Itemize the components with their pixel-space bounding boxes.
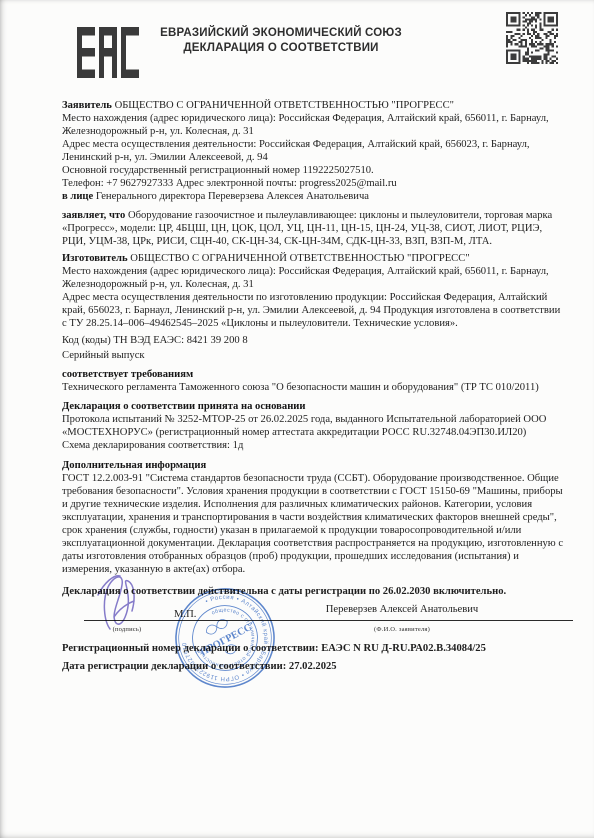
manufacturer-legal-address: Место нахождения (адрес юридического лиц… <box>62 265 565 291</box>
tnved-code-line: Код (коды) ТН ВЭД ЕАЭС: 8421 39 200 8 <box>62 334 565 347</box>
declaration-document-page: ЕВРАЗИЙСКИЙ ЭКОНОМИЧЕСКИЙ СОЮЗ ДЕКЛАРАЦИ… <box>0 0 594 838</box>
applicant-ogrn: Основной государственный регистрационный… <box>62 164 565 177</box>
manufacturer-section: Изготовитель ОБЩЕСТВО С ОГРАНИЧЕННОЙ ОТВ… <box>62 252 565 330</box>
progress-company-stamp: • Россия • Алтайский край г.Барнаул • ОГ… <box>174 587 276 689</box>
registration-number-line: Регистрационный номер декларации о соотв… <box>62 642 565 655</box>
document-body: Заявитель ОБЩЕСТВО С ОГРАНИЧЕННОЙ ОТВЕТС… <box>62 99 565 673</box>
signing-section: Декларация о соответствии действительна … <box>62 585 565 673</box>
additional-info-text: ГОСТ 12.2.003-91 "Система стандартов без… <box>62 472 565 576</box>
handwritten-signature <box>90 571 150 635</box>
compliance-label: соответствует требованиям <box>62 369 193 380</box>
document-type: ДЕКЛАРАЦИЯ О СООТВЕТСТВИИ <box>110 41 452 56</box>
fio-caption: (Ф.И.О. заявителя) <box>312 623 492 636</box>
qr-code <box>503 9 561 67</box>
release-type-line: Серийный выпуск <box>62 349 565 362</box>
basis-text: Протокола испытаний № 3252-МТОР-25 от 26… <box>62 413 565 439</box>
manufacturer-production-address: Адрес места осуществления деятельности п… <box>62 291 565 330</box>
additional-info-label: Дополнительная информация <box>62 460 206 471</box>
document-title: ЕВРАЗИЙСКИЙ ЭКОНОМИЧЕСКИЙ СОЮЗ ДЕКЛАРАЦИ… <box>110 26 452 56</box>
union-name: ЕВРАЗИЙСКИЙ ЭКОНОМИЧЕСКИЙ СОЮЗ <box>110 26 452 41</box>
signatory-name: Переверзев Алексей Анатольевич <box>302 603 502 616</box>
applicant-section: Заявитель ОБЩЕСТВО С ОГРАНИЧЕННОЙ ОТВЕТС… <box>62 99 565 203</box>
signature-line <box>84 620 573 621</box>
scheme-line: Схема декларирования соответствия: 1д <box>62 439 565 452</box>
registration-date-value: 27.02.2025 <box>289 661 337 672</box>
compliance-text: Технического регламента Таможенного союз… <box>62 381 565 394</box>
basis-label: Декларация о соответствии принята на осн… <box>62 401 306 412</box>
applicant-contacts: Телефон: +7 9627927333 Адрес электронной… <box>62 177 565 190</box>
additional-info-section: Дополнительная информация ГОСТ 12.2.003-… <box>62 459 565 576</box>
applicant-name-line: Заявитель ОБЩЕСТВО С ОГРАНИЧЕННОЙ ОТВЕТС… <box>62 99 565 112</box>
manufacturer-label: Изготовитель <box>62 253 128 264</box>
basis-section: Декларация о соответствии принята на осн… <box>62 400 565 452</box>
registration-number-value: ЕАЭС N RU Д-RU.РА02.В.34084/25 <box>321 643 486 654</box>
applicant-representative: в лице Генерального директора Переверзев… <box>62 190 565 203</box>
applicant-legal-address: Место нахождения (адрес юридического лиц… <box>62 112 565 138</box>
in-person-label: в лице <box>62 191 93 202</box>
compliance-section: соответствует требованиям Технического р… <box>62 368 565 394</box>
declares-label: заявляет, что <box>62 210 125 221</box>
applicant-activity-address: Адрес места осуществления деятельности: … <box>62 138 565 164</box>
manufacturer-name-line: Изготовитель ОБЩЕСТВО С ОГРАНИЧЕННОЙ ОТВ… <box>62 252 565 265</box>
applicant-label: Заявитель <box>62 100 112 111</box>
product-declaration: заявляет, что Оборудование газоочистное … <box>62 209 565 248</box>
registration-date-line: Дата регистрации декларации о соответств… <box>62 660 565 673</box>
